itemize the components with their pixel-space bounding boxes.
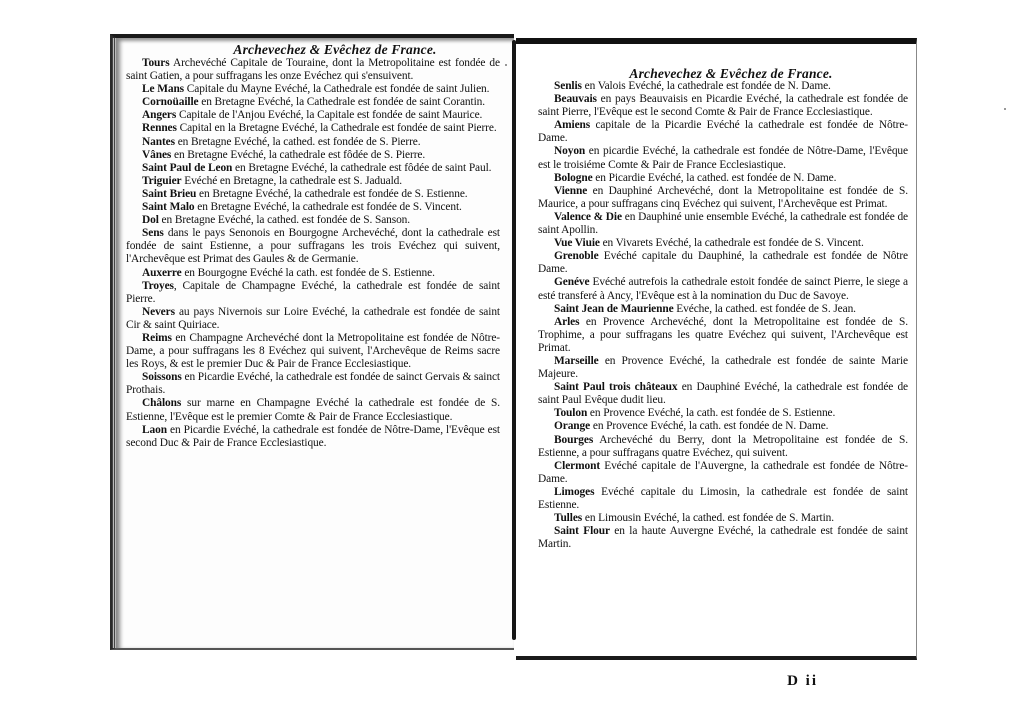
diocese-place: Limoges [554,486,594,498]
diocese-entry: Saint Jean de Maurienne Evéche, la cathe… [538,303,908,316]
diocese-description: en Provence Evéché, la cath. est fondée … [590,420,828,432]
diocese-description: Evéche, la cathed. est fondée de S. Jean… [674,303,856,315]
right-entries: Senlis en Valois Evéché, la cathedrale e… [516,80,916,551]
diocese-entry: Saint Malo en Bretagne Evéché, la cathed… [126,201,500,214]
diocese-place: Tours [142,57,170,69]
diocese-place: Châlons [142,397,181,409]
diocese-description: en Provence Evéché, la cath. est fondée … [587,407,835,419]
diocese-place: Saint Paul trois châteaux [554,381,678,393]
diocese-entry: Tulles en Limousin Evéché, la cathed. es… [538,512,908,525]
diocese-place: Saint Jean de Maurienne [554,303,674,315]
diocese-entry: Saint Flour en la haute Auvergne Evéché,… [538,525,908,551]
diocese-description: sur marne en Champagne Evéché la cathedr… [126,397,500,422]
diocese-entry: Senlis en Valois Evéché, la cathedrale e… [538,80,908,93]
diocese-place: Noyon [554,145,585,157]
running-head-right: Archevechez & Evêchez de France. [516,66,916,81]
diocese-place: Le Mans [142,83,184,95]
diocese-entry: Saint Paul trois châteaux en Dauphiné Ev… [538,381,908,407]
diocese-place: Saint Flour [554,525,610,537]
diocese-entry: Bologne en Picardie Evéché, la cathed. e… [538,172,908,185]
diocese-entry: Rennes Capital en la Bretagne Evéché, la… [126,122,500,135]
diocese-entry: Vue Viuie en Vivarets Evéché, la cathedr… [538,237,908,250]
diocese-place: Tulles [554,512,582,524]
diocese-entry: Valence & Die en Dauphiné unie ensemble … [538,211,908,237]
diocese-place: Dol [142,214,159,226]
diocese-description: en Bretagne Evéché, la cathedrale est fô… [171,149,425,161]
diocese-place: Bourges [554,434,593,446]
diocese-place: Marseille [554,355,599,367]
left-page: Archevechez & Evêchez de France. Tours A… [110,34,514,650]
diocese-description: Capitale de l'Anjou Evéché, la Capitale … [176,109,482,121]
running-head-left: Archevechez & Evêchez de France. [116,42,514,57]
diocese-place: Reims [142,332,172,344]
diocese-entry: Noyon en picardie Evéché, la cathedrale … [538,145,908,171]
diocese-description: en Vivarets Evéché, la cathedrale est fo… [600,237,864,249]
diocese-description: en Bretagne Evéché, la Cathedrale est fo… [199,96,485,108]
diocese-place: Orange [554,420,590,432]
diocese-entry: Tours Archevéché Capitale de Touraine, d… [126,57,500,83]
right-page: Archevechez & Evêchez de France. Senlis … [516,38,917,660]
diocese-entry: Troyes, Capitale de Champagne Evéché, la… [126,280,500,306]
diocese-entry: Le Mans Capitale du Mayne Evéché, la Cat… [126,83,500,96]
diocese-place: Saint Malo [142,201,194,213]
diocese-entry: Reims en Champagne Archevéché dont la Me… [126,332,500,371]
diocese-description: Archevéché du Berry, dont la Metropolita… [538,434,908,459]
diocese-entry: Nantes en Bretagne Evéché, la cathed. es… [126,136,500,149]
diocese-description: Capitale du Mayne Evéché, la Cathedrale … [184,83,489,95]
diocese-description: en Bourgogne Evéché la cath. est fondée … [182,267,435,279]
diocese-entry: Orange en Provence Evéché, la cath. est … [538,420,908,433]
diocese-entry: Toulon en Provence Evéché, la cath. est … [538,407,908,420]
diocese-description: Evéché autrefois la cathedrale estoit fo… [538,276,908,301]
diocese-description: en Picardie Evéché, la cathedrale est fo… [126,371,500,396]
diocese-place: Nantes [142,136,175,148]
diocese-description: , Capitale de Champagne Evéché, la cathe… [126,280,500,305]
diocese-place: Troyes [142,280,174,292]
diocese-entry: Saint Paul de Leon en Bretagne Evéché, l… [126,162,500,175]
diocese-place: Valence & Die [554,211,622,223]
diocese-description: en Bretagne Evéché, la cathed. est fondé… [159,214,410,226]
diocese-place: Arles [554,316,579,328]
diocese-description: capitale de la Picardie Evéché la cathed… [538,119,908,144]
diocese-entry: Amiens capitale de la Picardie Evéché la… [538,119,908,145]
diocese-place: Angers [142,109,176,121]
diocese-place: Senlis [554,80,582,92]
diocese-description: dans le pays Senonois en Bourgogne Arche… [126,227,500,265]
diocese-description: Capital en la Bretagne Evéché, la Cathed… [177,122,497,134]
scan-speck [505,64,507,66]
diocese-entry: Dol en Bretagne Evéché, la cathed. est f… [126,214,500,227]
diocese-place: Saint Brieu [142,188,196,200]
diocese-entry: Beauvais en pays Beauvaisis en Picardie … [538,93,908,119]
diocese-description: au pays Nivernois sur Loire Evéché, la c… [126,306,500,331]
diocese-description: en Bretagne Evéché, la cathed. est fondé… [175,136,421,148]
diocese-place: Cornoüaille [142,96,199,108]
diocese-description: Evéché capitale du Limosin, la cathedral… [538,486,908,511]
diocese-entry: Arles en Provence Archevéché, dont la Me… [538,316,908,355]
diocese-place: Laon [142,424,167,436]
scan-speck [1004,108,1006,110]
diocese-description: en Picardie Evéché, la cathed. est fondé… [593,172,837,184]
diocese-place: Beauvais [554,93,597,105]
diocese-description: en Champagne Archevéché dont la Metropol… [126,332,500,370]
diocese-place: Clermont [554,460,600,472]
book-spread: Archevechez & Evêchez de France. Tours A… [0,0,1024,701]
diocese-description: en Dauphiné Archevéché, dont la Metropol… [538,185,908,210]
left-entries: Tours Archevéché Capitale de Touraine, d… [116,57,514,450]
diocese-description: en picardie Evéché, la cathedrale est fo… [538,145,908,170]
diocese-place: Saint Paul de Leon [142,162,232,174]
diocese-description: Archevéché Capitale de Touraine, dont la… [126,57,500,82]
diocese-place: Bologne [554,172,593,184]
diocese-entry: Clermont Evéché capitale de l'Auvergne, … [538,460,908,486]
diocese-entry: Soissons en Picardie Evéché, la cathedra… [126,371,500,397]
diocese-place: Amiens [554,119,590,131]
diocese-entry: Limoges Evéché capitale du Limosin, la c… [538,486,908,512]
diocese-entry: Auxerre en Bourgogne Evéché la cath. est… [126,267,500,280]
diocese-description: Evéché en Bretagne, la cathedrale est S.… [181,175,402,187]
diocese-place: Rennes [142,122,177,134]
diocese-description: en Provence Archevéché, dont la Metropol… [538,316,908,354]
diocese-entry: Vienne en Dauphiné Archevéché, dont la M… [538,185,908,211]
diocese-entry: Grenoble Evéché capitale du Dauphiné, la… [538,250,908,276]
diocese-description: en Valois Evéché, la cathedrale est fond… [582,80,831,92]
diocese-entry: Marseille en Provence Evéché, la cathedr… [538,355,908,381]
diocese-description: en Picardie Evéché, la cathedrale est fo… [126,424,500,449]
diocese-description: en Bretagne Evéché, la cathedrale est fo… [196,188,467,200]
diocese-entry: Saint Brieu en Bretagne Evéché, la cathe… [126,188,500,201]
diocese-place: Auxerre [142,267,182,279]
diocese-description: en Limousin Evéché, la cathed. est fondé… [582,512,834,524]
diocese-entry: Sens dans le pays Senonois en Bourgogne … [126,227,500,266]
diocese-place: Vienne [554,185,587,197]
diocese-entry: Cornoüaille en Bretagne Evéché, la Cathe… [126,96,500,109]
diocese-place: Triguier [142,175,181,187]
diocese-place: Toulon [554,407,587,419]
diocese-place: Genéve [554,276,589,288]
diocese-entry: Laon en Picardie Evéché, la cathedrale e… [126,424,500,450]
diocese-entry: Triguier Evéché en Bretagne, la cathedra… [126,175,500,188]
diocese-place: Soissons [142,371,182,383]
diocese-place: Sens [142,227,164,239]
diocese-entry: Angers Capitale de l'Anjou Evéché, la Ca… [126,109,500,122]
diocese-entry: Nevers au pays Nivernois sur Loire Evéch… [126,306,500,332]
diocese-entry: Vânes en Bretagne Evéché, la cathedrale … [126,149,500,162]
diocese-entry: Bourges Archevéché du Berry, dont la Met… [538,434,908,460]
diocese-description: en Bretagne Evéché, la cathedrale est fô… [232,162,491,174]
diocese-place: Nevers [142,306,175,318]
diocese-place: Vânes [142,149,171,161]
signature-mark: D ii [787,673,818,690]
diocese-description: en Bretagne Evéché, la cathedrale est fo… [194,201,461,213]
diocese-place: Grenoble [554,250,599,262]
diocese-place: Vue Viuie [554,237,600,249]
diocese-entry: Châlons sur marne en Champagne Evéché la… [126,397,500,423]
diocese-entry: Genéve Evéché autrefois la cathedrale es… [538,276,908,302]
